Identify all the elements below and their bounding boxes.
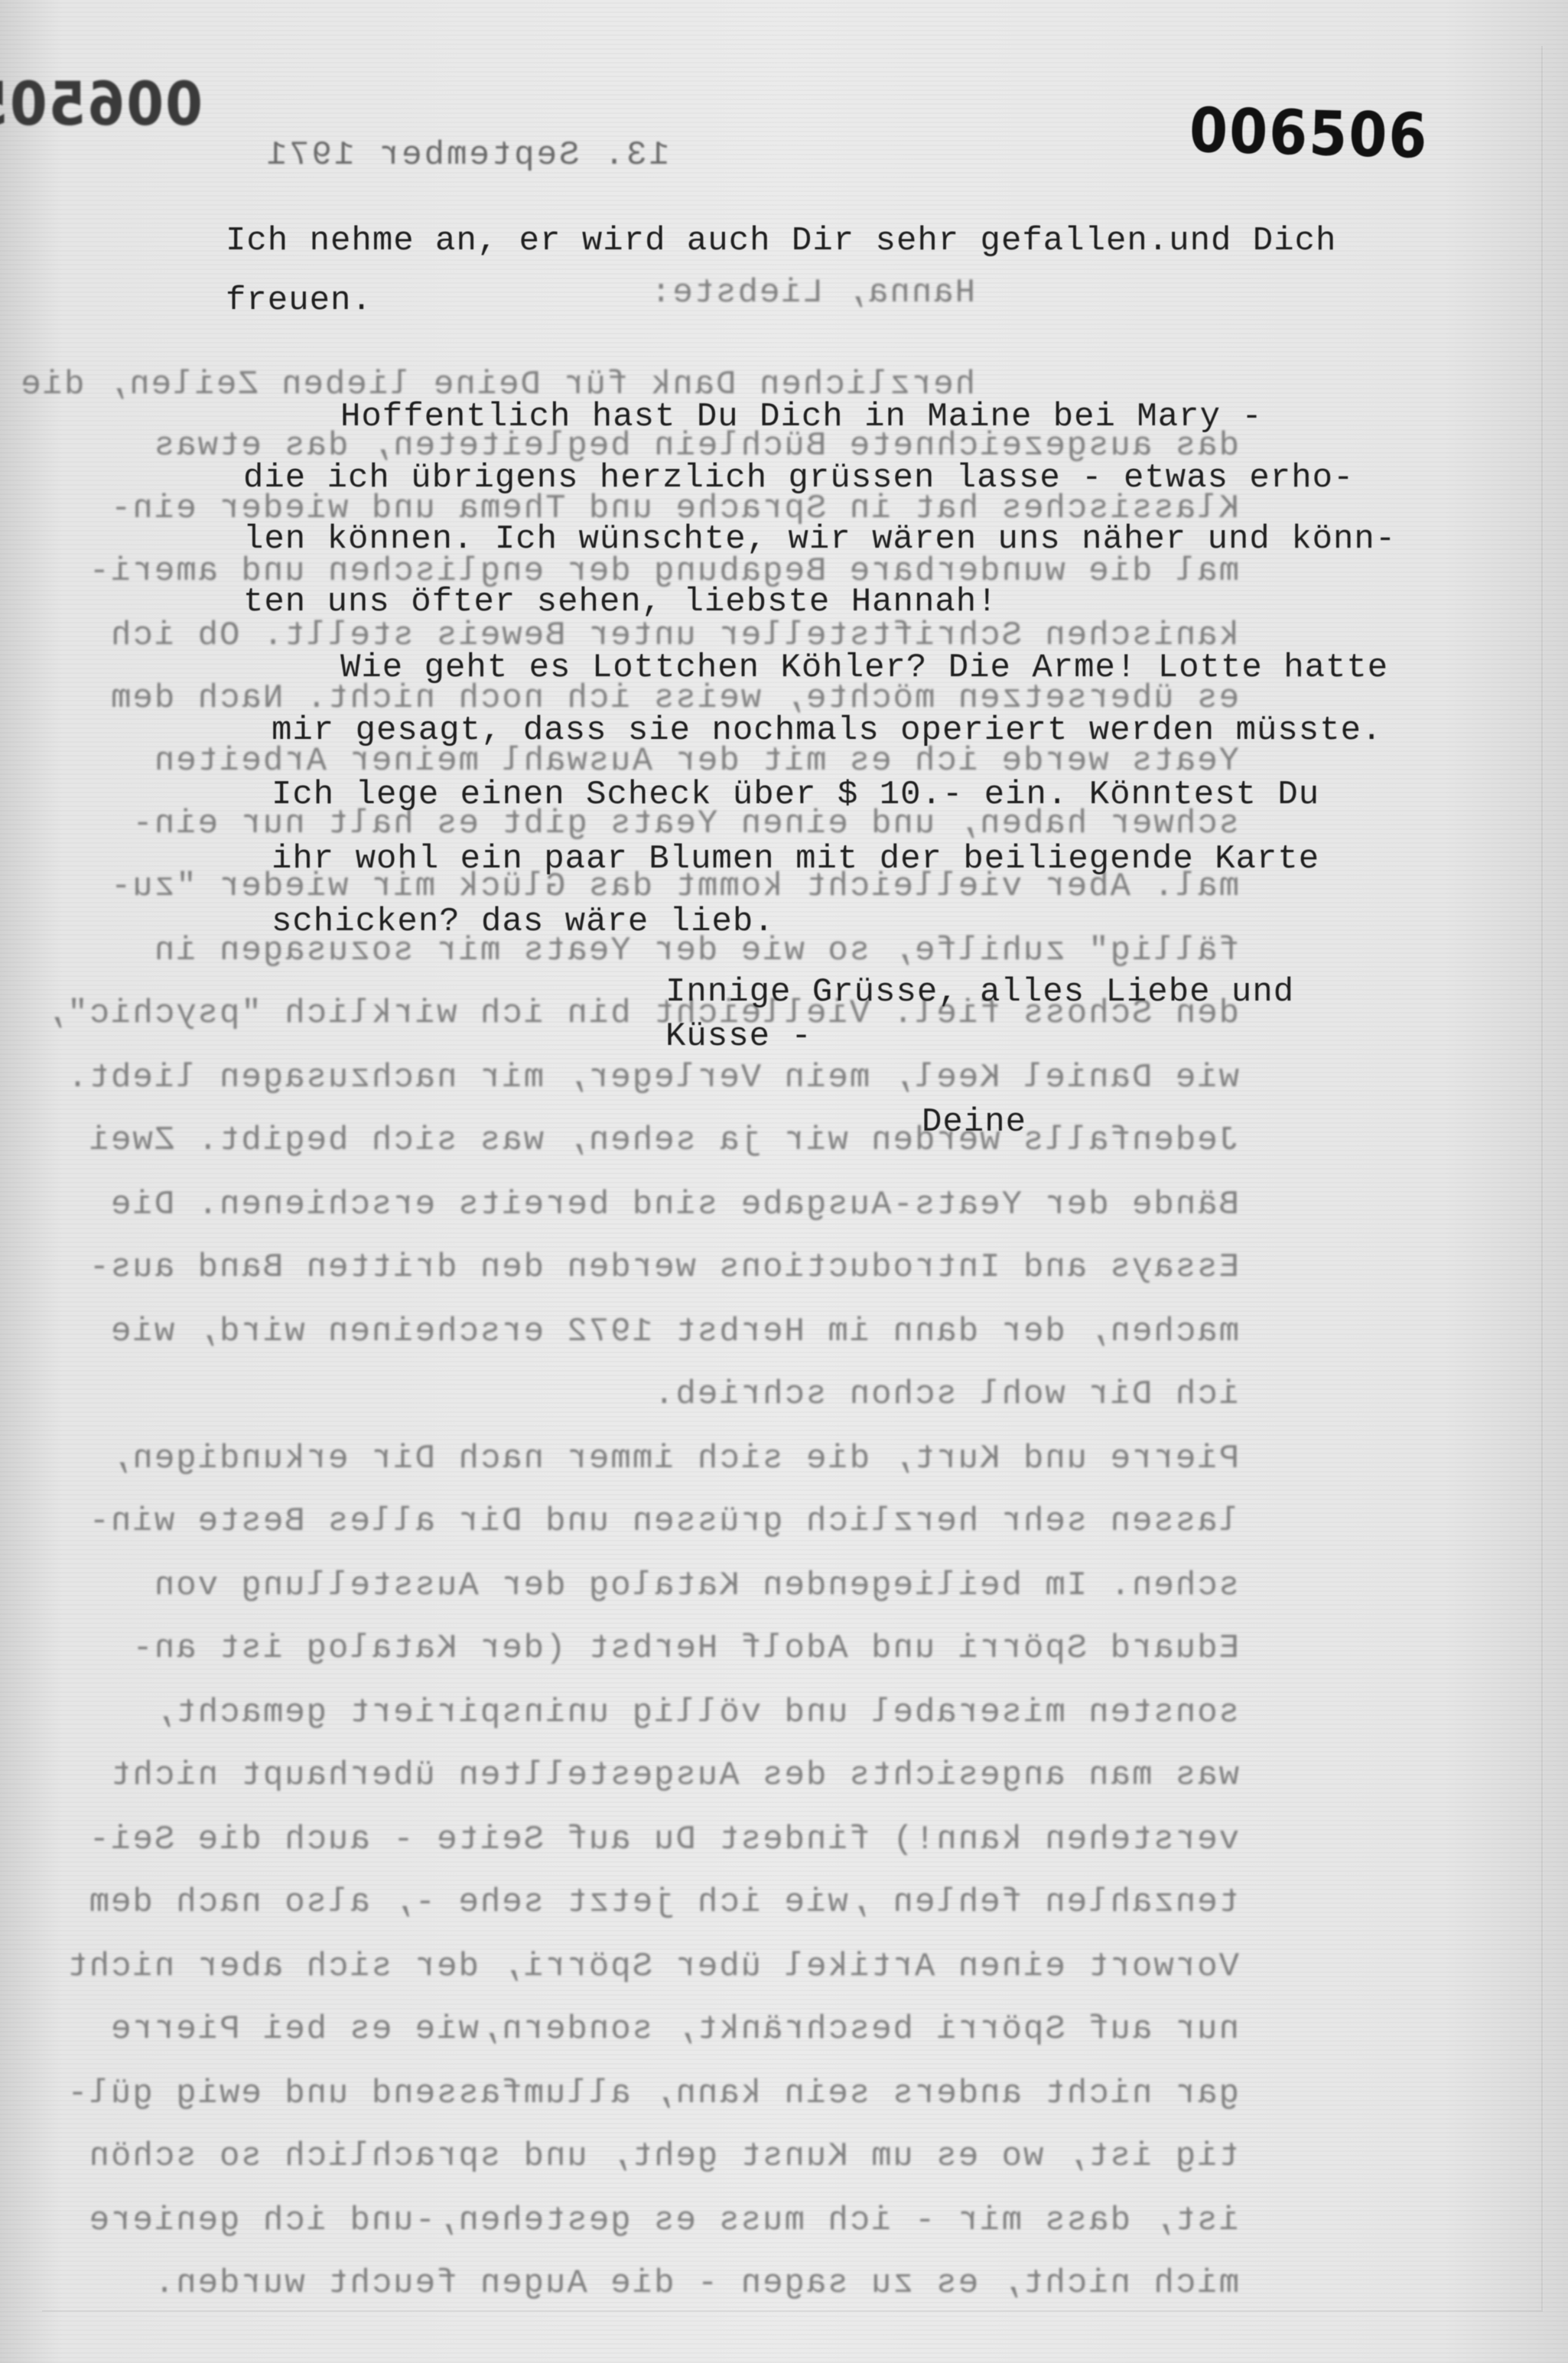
front-line: len können. Ich wünschte, wir wären uns … xyxy=(243,520,1396,558)
back-line: nur auf Spörri beschränkt, sondern,wie e… xyxy=(109,2010,1239,2049)
front-line: ihr wohl ein paar Blumen mit der beilieg… xyxy=(272,840,1319,878)
front-line: ten uns öfter sehen, liebste Hannah! xyxy=(243,583,998,621)
back-line: verstehen kann!) findest Du auf Seite - … xyxy=(88,1821,1239,1859)
back-line: Vorwort einen Artikel über Spörri, der s… xyxy=(66,1948,1239,1986)
reverse-side-bleed-through: 006505 13. September 1971 Hanna, Liebste… xyxy=(0,0,1568,2363)
front-line: die ich übrigens herzlich grüssen lasse … xyxy=(243,459,1354,497)
closing-line: Innige Grüsse, alles Liebe und xyxy=(665,973,1294,1011)
back-line: ist, dass mir - ich muss es gestehen,-un… xyxy=(88,2202,1239,2240)
back-line: tig ist, wo es um Kunst geht, und sprach… xyxy=(88,2137,1239,2176)
back-line: schen. Im beiliegenden Katalog der Ausst… xyxy=(153,1567,1239,1605)
front-line: Wie geht es Lottchen Köhler? Die Arme! L… xyxy=(340,649,1388,687)
document-page: 006505 13. September 1971 Hanna, Liebste… xyxy=(0,0,1568,2363)
front-line: Hoffentlich hast Du Dich in Maine bei Ma… xyxy=(340,398,1263,436)
back-line: Jedenfalls werden wir ja sehen, was sich… xyxy=(88,1121,1239,1160)
back-line: Pierre und Kurt, die sich immer nach Dir… xyxy=(109,1440,1239,1478)
front-line: freuen. xyxy=(226,282,372,320)
back-line: Essays and Introductions werden den drit… xyxy=(88,1248,1239,1287)
archive-number-back: 006505 xyxy=(0,70,203,139)
closing-line: Küsse - xyxy=(665,1017,812,1056)
back-line: mich nicht, es zu sagen - die Augen feuc… xyxy=(153,2264,1239,2303)
archive-number-front: 006506 xyxy=(1189,95,1430,172)
back-line: ich Dir wohl schon schrieb. xyxy=(652,1375,1239,1414)
signature-line: Deine xyxy=(922,1103,1026,1141)
back-line: sonsten miserabel und völlig uninspirier… xyxy=(153,1694,1239,1732)
front-line: Ich nehme an, er wird auch Dir sehr gefa… xyxy=(226,222,1336,260)
letter-date: 13. September 1971 xyxy=(265,136,669,174)
back-line: Bände der Yeats-Ausgabe sind bereits ers… xyxy=(109,1186,1239,1224)
back-line: Eduard Spörri und Adolf Herbst (der Kata… xyxy=(131,1629,1239,1668)
back-line: machen, der dann im Herbst 1972 erschein… xyxy=(109,1313,1239,1351)
back-line: was man angesichts des Ausgestellten übe… xyxy=(109,1756,1239,1795)
back-line: tenzahlen fehlen ,wie ich jetzt sehe -, … xyxy=(88,1883,1239,1922)
back-line: Hanna, Liebste: xyxy=(649,274,975,312)
back-line: gar nicht anders sein kann, allumfassend… xyxy=(66,2075,1239,2113)
front-line: mir gesagt, dass sie nochmals operiert w… xyxy=(272,711,1382,750)
back-line: lassen sehr herzlich grüssen und Dir all… xyxy=(88,1502,1239,1541)
front-line: Ich lege einen Scheck über $ 10.- ein. K… xyxy=(272,776,1319,814)
back-line: wie Daniel Keel, mein Verleger, mir nach… xyxy=(66,1059,1239,1097)
front-line: schicken? das wäre lieb. xyxy=(272,903,775,941)
